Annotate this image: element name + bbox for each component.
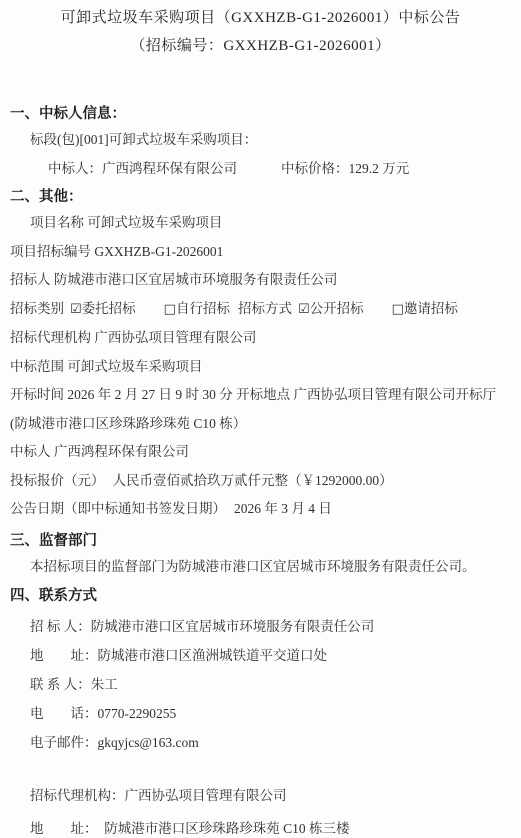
tenderer-value: 防城港市港口区宜居城市环境服务有限责任公司 xyxy=(54,272,338,287)
project-name-value: 可卸式垃圾车采购项目 xyxy=(87,215,222,230)
contact-row-email: 电子邮件：gkqyjcs@163.com xyxy=(10,728,511,757)
agency-label: 招标代理机构 xyxy=(10,330,91,345)
section-winner-info-heading: 一、中标人信息： xyxy=(10,102,511,126)
tenderer-label: 招标人 xyxy=(10,272,51,287)
agency-contact-name-value: 广西协弘项目管理有限公司 xyxy=(125,788,287,803)
agency-contact-block: 招标代理机构：广西协弘项目管理有限公司 地 址： 防城港市港口区珍珠路珍珠苑 C… xyxy=(10,781,511,838)
contact-row-phone: 电 话：0770-2290255 xyxy=(10,699,511,728)
contact-email-label: 电子邮件： xyxy=(30,735,98,750)
checkbox-checked-icon: ☑ xyxy=(298,302,310,317)
tenderer-row: 招标人 防城港市港口区宜居城市环境服务有限责任公司 xyxy=(10,266,511,295)
checkbox-checked-icon: ☑ xyxy=(70,302,82,317)
announce-date-value: 2026 年 3 月 4 日 xyxy=(234,501,332,516)
contact-tenderer-value: 防城港市港口区宜居城市环境服务有限责任公司 xyxy=(91,619,375,634)
project-name-row: 项目名称 可卸式垃圾车采购项目 xyxy=(10,209,511,238)
announce-date-row: 公告日期（即中标通知书签发日期）2026 年 3 月 4 日 xyxy=(10,495,511,524)
scope-row: 中标范围 可卸式垃圾车采购项目 xyxy=(10,353,511,382)
method-label: 招标方式 xyxy=(238,301,292,316)
project-name-label: 项目名称 xyxy=(30,215,84,230)
contact-row-tenderer: 招 标 人：防城港市港口区宜居城市环境服务有限责任公司 xyxy=(10,612,511,641)
agency-contact-name-label: 招标代理机构： xyxy=(30,788,125,803)
supervision-body: 本招标项目的监督部门为防城港市港口区宜居城市环境服务有限责任公司。 xyxy=(10,553,511,581)
section-contact-heading: 四、联系方式 xyxy=(10,584,511,608)
agency-contact-address-value: 防城港市港口区珍珠路珍珠苑 C10 栋三楼 xyxy=(104,821,349,836)
scope-label: 中标范围 xyxy=(10,359,64,374)
tender-category-row: 招标类别☑委托招标□自行招标招标方式☑公开招标□邀请招标 xyxy=(10,295,511,325)
bid-price-label: 投标报价（元） xyxy=(10,473,105,488)
announce-date-label: 公告日期（即中标通知书签发日期） xyxy=(10,501,226,516)
checkbox-unchecked-icon: □ xyxy=(392,302,404,317)
contact-address-value: 防城港市港口区渔洲城铁道平交道口处 xyxy=(98,648,328,663)
winner-row-2: 中标人 广西鸿程环保有限公司 xyxy=(10,438,511,467)
bid-price-value: 人民币壹佰贰拾玖万贰仟元整（￥1292000.00） xyxy=(113,473,393,488)
opening-row: 开标时间 2026 年 2 月 27 日 9 时 30 分 开标地点 广西协弘项… xyxy=(10,381,511,438)
doc-title: 可卸式垃圾车采购项目（GXXHZB-G1-2026001）中标公告 xyxy=(10,6,511,30)
tender-no-row: 项目招标编号 GXXHZB-G1-2026001 xyxy=(10,238,511,267)
contact-phone-label: 电 话： xyxy=(30,706,98,721)
opening-time-label: 开标时间 xyxy=(10,387,64,402)
category-option-self: □自行招标 xyxy=(164,301,230,316)
contact-tenderer-label: 招 标 人： xyxy=(30,619,91,634)
method-option-open-label: 公开招标 xyxy=(310,301,364,316)
method-option-invited: □邀请招标 xyxy=(392,301,458,316)
tender-no-label: 项目招标编号 xyxy=(10,244,91,259)
price-label: 中标价格： xyxy=(281,161,349,176)
winner-label-2: 中标人 xyxy=(10,444,51,459)
agency-contact-row-address: 地 址： 防城港市港口区珍珠路珍珠苑 C10 栋三楼 xyxy=(10,814,511,838)
category-option-self-label: 自行招标 xyxy=(176,301,230,316)
agency-row: 招标代理机构 广西协弘项目管理有限公司 xyxy=(10,324,511,353)
winner-label: 中标人： xyxy=(48,161,102,176)
lot-row: 标段(包)[001]可卸式垃圾车采购项目： xyxy=(10,126,511,155)
opening-time-value: 2026 年 2 月 27 日 9 时 30 分 xyxy=(67,387,232,402)
winner-name: 广西鸿程环保有限公司 xyxy=(102,161,237,176)
contact-person-label: 联 系 人： xyxy=(30,677,91,692)
category-option-delegated: ☑委托招标 xyxy=(70,301,136,316)
category-option-delegated-label: 委托招标 xyxy=(82,301,136,316)
contact-person-value: 朱工 xyxy=(91,677,118,692)
contact-address-label: 地 址： xyxy=(30,648,98,663)
scope-value: 可卸式垃圾车采购项目 xyxy=(67,359,202,374)
tender-no-value: GXXHZB-G1-2026001 xyxy=(94,244,223,259)
contact-email-value: gkqyjcs@163.com xyxy=(98,735,199,750)
agency-contact-address-label: 地 址： xyxy=(30,821,91,836)
section-supervision-heading: 三、监督部门 xyxy=(10,529,511,553)
contact-row-address: 地 址：防城港市港口区渔洲城铁道平交道口处 xyxy=(10,641,511,670)
winner-row: 中标人：广西鸿程环保有限公司中标价格：129.2 万元 xyxy=(10,155,511,184)
category-label: 招标类别 xyxy=(10,301,64,316)
price-value: 129.2 万元 xyxy=(349,161,410,176)
opening-place-label: 开标地点 xyxy=(236,387,290,402)
document-page: 可卸式垃圾车采购项目（GXXHZB-G1-2026001）中标公告 （招标编号：… xyxy=(0,0,521,838)
method-option-invited-label: 邀请招标 xyxy=(404,301,458,316)
bid-price-row: 投标报价（元）人民币壹佰贰拾玖万贰仟元整（￥1292000.00） xyxy=(10,467,511,496)
contact-row-person: 联 系 人：朱工 xyxy=(10,670,511,699)
contact-block: 招 标 人：防城港市港口区宜居城市环境服务有限责任公司 地 址：防城港市港口区渔… xyxy=(10,612,511,757)
winner-value-2: 广西鸿程环保有限公司 xyxy=(54,444,189,459)
contact-phone-value: 0770-2290255 xyxy=(98,706,177,721)
section-other-heading: 二、其他： xyxy=(10,185,511,209)
agency-contact-row-name: 招标代理机构：广西协弘项目管理有限公司 xyxy=(10,781,511,810)
doc-subtitle: （招标编号：GXXHZB-G1-2026001） xyxy=(10,34,511,58)
checkbox-unchecked-icon: □ xyxy=(164,302,176,317)
method-option-open: ☑公开招标 xyxy=(298,301,364,316)
agency-value: 广西协弘项目管理有限公司 xyxy=(94,330,256,345)
